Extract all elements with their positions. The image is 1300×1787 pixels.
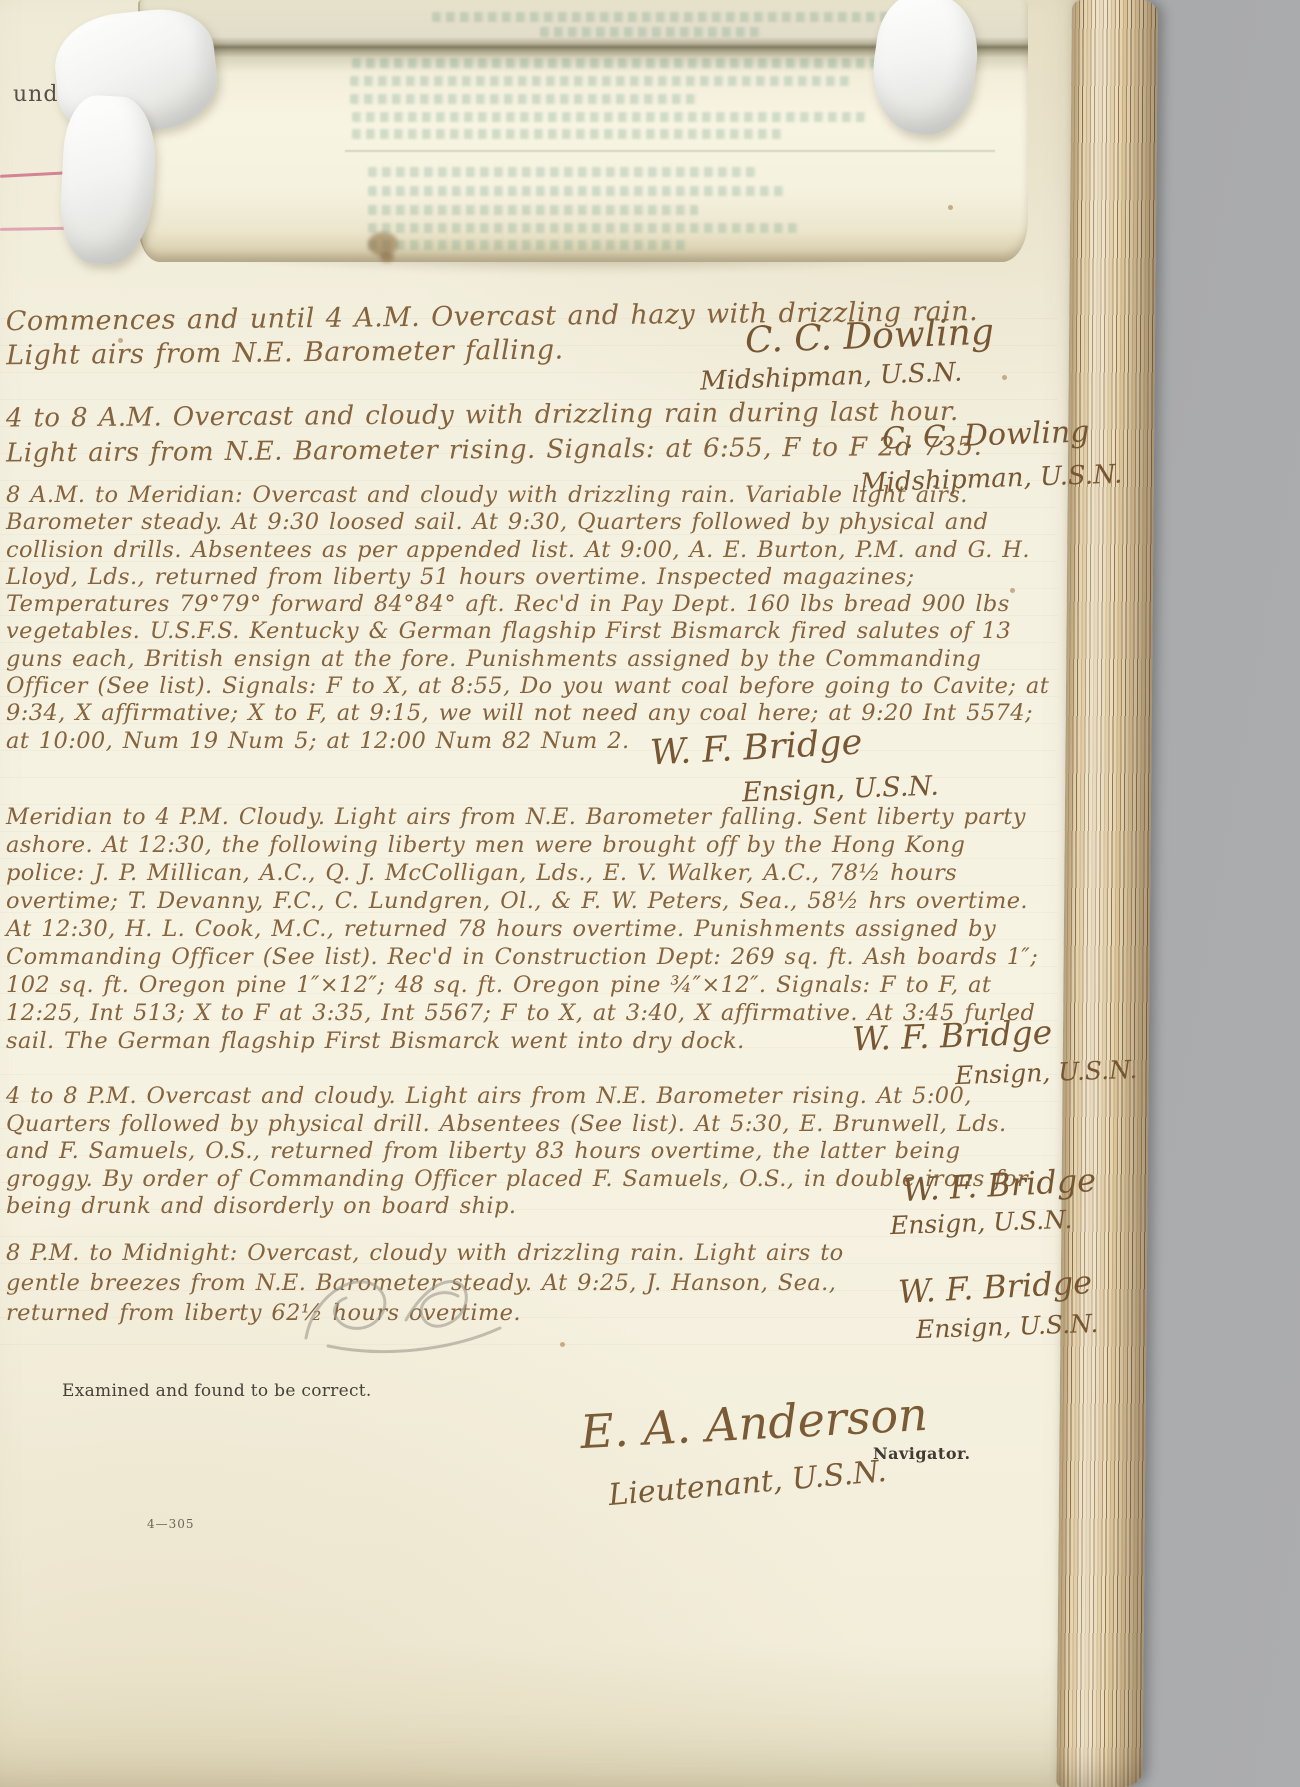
form-number: 4—305 (147, 1517, 195, 1531)
typed-text-row (368, 205, 698, 215)
typed-text-row (368, 240, 688, 250)
examined-statement: Examined and found to be correct. (62, 1381, 372, 1401)
typed-text-row (352, 112, 867, 122)
typed-text-row (352, 58, 912, 68)
typed-text-row (350, 94, 700, 104)
log-entry-4-to-8pm: 4 to 8 P.M. Overcast and cloudy. Light a… (6, 1083, 1052, 1221)
watch-officer-signature: C. C. Dowling (881, 414, 1090, 456)
typed-text-row (350, 76, 850, 86)
foxing-dot (560, 1342, 565, 1347)
typed-text-row (540, 27, 760, 37)
navigator-printed-label: Navigator. (873, 1444, 971, 1463)
log-entry-8am-to-meridian: 8 A.M. to Meridian: Overcast and cloudy … (6, 482, 1052, 755)
typed-text-row (432, 12, 932, 22)
foxing-dot (948, 205, 953, 210)
typed-text-row (368, 223, 798, 233)
logbook-scan: unde Commences and until 4 A.M. Overcast… (0, 0, 1300, 1787)
foxing-dot (1002, 375, 1007, 380)
log-entry-4-to-8am: 4 to 8 A.M. Overcast and cloudy with dri… (6, 394, 1021, 471)
watch-officer-signature: W. F. Bridge (851, 1013, 1052, 1059)
ink-stain (380, 252, 394, 262)
watch-officer-signature: C. C. Dowling (744, 312, 994, 362)
book-page-edge-stack (1056, 0, 1158, 1787)
typed-text-row (352, 129, 782, 139)
typed-rule-line (345, 150, 995, 152)
typed-text-row (368, 167, 758, 177)
typed-text-row (368, 186, 788, 196)
pencil-scribble (288, 1258, 518, 1362)
